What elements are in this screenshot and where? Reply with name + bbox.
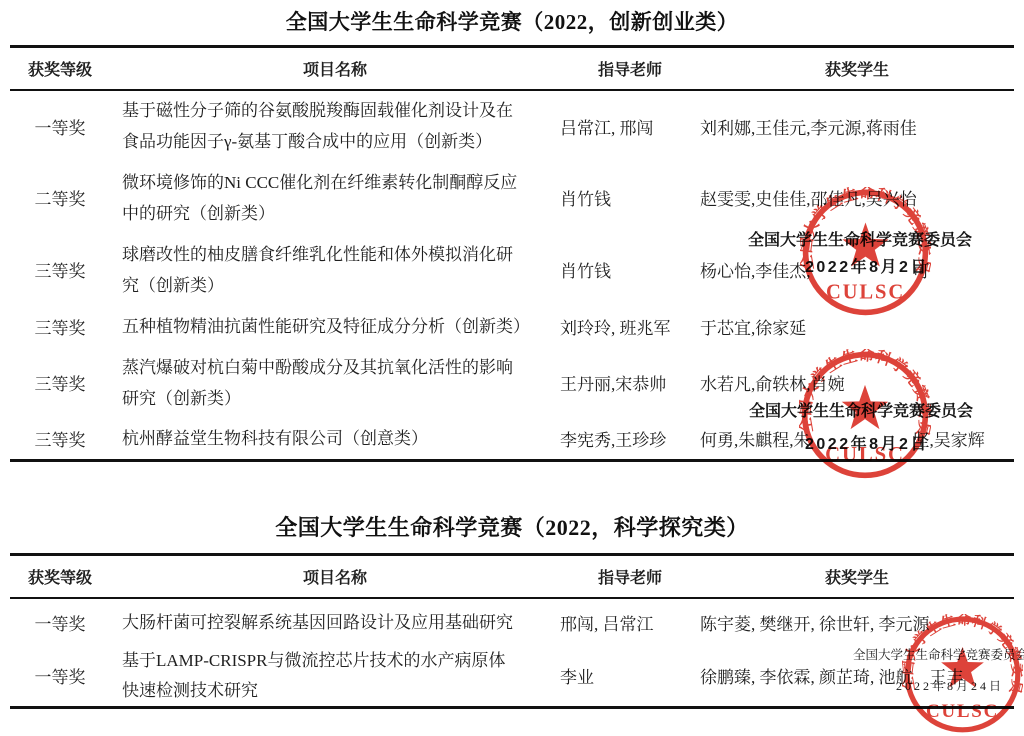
advisor-cell: 邢闯, 吕常江 — [560, 598, 700, 646]
award-cell: 二等奖 — [10, 162, 110, 234]
project-cell: 五种植物精油抗菌性能研究及特征成分分析（创新类） — [110, 306, 560, 347]
award-cell: 三等奖 — [10, 419, 110, 461]
project-cell: 大肠杆菌可控裂解系统基因回路设计及应用基础研究 — [110, 598, 560, 646]
star-icon — [941, 647, 984, 688]
star-icon — [842, 385, 889, 429]
award-cell: 一等奖 — [10, 598, 110, 646]
table1-header-row: 获奖等级 项目名称 指导老师 获奖学生 — [10, 47, 1014, 90]
advisor-cell: 王丹丽,宋恭帅 — [560, 347, 700, 419]
col-header-award-level: 获奖等级 — [10, 555, 110, 598]
table-row: 一等奖 基于磁性分子筛的谷氨酸脱羧酶固载催化剂设计及在 食品功能因子γ-氨基丁酸… — [10, 90, 1014, 162]
advisor-cell: 李宪秀,王珍珍 — [560, 419, 700, 461]
culsc-seal-icon: 全国大学生生命科学竞赛委员会 CULSC — [799, 349, 931, 481]
students-cell: 刘利娜,王佳元,李元源,蒋雨佳 — [700, 90, 1014, 162]
seal-culsc-text: CULSC — [926, 701, 999, 722]
col-header-advisor: 指导老师 — [560, 47, 700, 90]
project-cell: 微环境修饰的Ni CCC催化剂在纤维素转化制酮醇反应 中的研究（创新类） — [110, 162, 560, 234]
advisor-cell: 李业 — [560, 646, 700, 708]
col-header-students: 获奖学生 — [700, 47, 1014, 90]
award-cell: 一等奖 — [10, 646, 110, 708]
project-cell: 杭州酵益堂生物科技有限公司（创意类） — [110, 419, 560, 461]
project-cell: 基于LAMP-CRISPR与微流控芯片技术的水产病原体 快速检测技术研究 — [110, 646, 560, 708]
col-header-award-level: 获奖等级 — [10, 47, 110, 90]
project-cell: 球磨改性的柚皮膳食纤维乳化性能和体外模拟消化研 究（创新类） — [110, 234, 560, 306]
advisor-cell: 吕常江, 邢闯 — [560, 90, 700, 162]
seal-culsc-text: CULSC — [826, 281, 905, 303]
culsc-seal-icon: 全国大学生生命科学竞赛委员会 CULSC — [902, 614, 1023, 735]
seal-culsc-text: CULSC — [825, 444, 905, 466]
table-row: 一等奖 大肠杆菌可控裂解系统基因回路设计及应用基础研究 邢闯, 吕常江 陈宇菱,… — [10, 598, 1014, 646]
award-cell: 三等奖 — [10, 347, 110, 419]
col-header-project-name: 项目名称 — [110, 555, 560, 598]
advisor-cell: 肖竹钱 — [560, 162, 700, 234]
document-page: 全国大学生生命科学竞赛（2022，创新创业类） 获奖等级 项目名称 指导老师 获… — [0, 0, 1024, 736]
table2-header-row: 获奖等级 项目名称 指导老师 获奖学生 — [10, 555, 1014, 598]
col-header-project-name: 项目名称 — [110, 47, 560, 90]
advisor-cell: 刘玲玲, 班兆军 — [560, 306, 700, 347]
project-cell: 蒸汽爆破对杭白菊中酚酸成分及其抗氧化活性的影响 研究（创新类） — [110, 347, 560, 419]
award-cell: 三等奖 — [10, 306, 110, 347]
culsc-seal-icon: 全国大学生生命科学竞赛委员会 CULSC — [800, 187, 931, 318]
award-cell: 三等奖 — [10, 234, 110, 306]
col-header-advisor: 指导老师 — [560, 555, 700, 598]
project-cell: 基于磁性分子筛的谷氨酸脱羧酶固载催化剂设计及在 食品功能因子γ-氨基丁酸合成中的… — [110, 90, 560, 162]
table2-title: 全国大学生生命科学竞赛（2022，科学探究类） — [0, 511, 1024, 542]
award-cell: 一等奖 — [10, 90, 110, 162]
star-icon — [842, 223, 888, 267]
col-header-students: 获奖学生 — [700, 555, 1014, 598]
table1-title: 全国大学生生命科学竞赛（2022，创新创业类） — [0, 6, 1024, 36]
awards-table-research: 获奖等级 项目名称 指导老师 获奖学生 一等奖 大肠杆菌可控裂解系统基因回路设计… — [10, 553, 1014, 709]
advisor-cell: 肖竹钱 — [560, 234, 700, 306]
